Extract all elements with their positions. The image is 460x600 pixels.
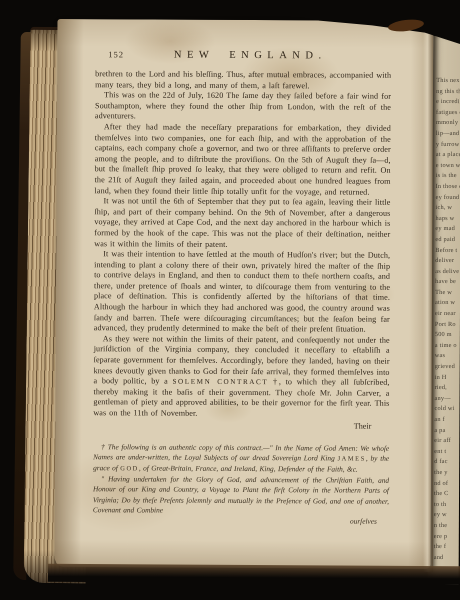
edge-text-fragment: y furrow [436, 140, 460, 151]
page-edge-curl [423, 26, 433, 572]
paragraph: It was not until the 6th of September th… [94, 196, 390, 251]
edge-text-fragment: the f [434, 542, 459, 553]
text-run: This was on the 22d of July, 1620 The ſa… [95, 90, 391, 120]
paragraph: brethren to the Lord and his bleſſing. T… [95, 69, 391, 92]
spaced-caps-text: SOLEMN CONTRACT [172, 378, 268, 387]
next-page-edge-text: This nexng this the incredibfatigues omm… [434, 76, 460, 563]
edge-text-fragment: fatigues o [436, 108, 460, 119]
edge-text-fragment: Before t [435, 245, 460, 256]
edge-text-fragment: ation w [435, 298, 460, 309]
edge-text-fragment: n the [434, 521, 459, 532]
edge-text-fragment: deliver [435, 256, 460, 267]
footnote: † The following is an authentic copy of … [93, 442, 389, 527]
edge-text-fragment: nd of [434, 479, 459, 490]
edge-text-fragment: was [435, 351, 460, 362]
catchword: Their [93, 420, 389, 431]
edge-text-fragment: d fac [434, 457, 459, 468]
edge-text-fragment: cold wi [434, 404, 459, 415]
edge-text-fragment: This nex [436, 76, 460, 87]
edge-text-fragment: to th [434, 500, 459, 511]
paragraph: " Having undertaken for the Glory of God… [93, 474, 389, 516]
page-number: 152 [95, 49, 153, 59]
edge-text-fragment: ich, w [436, 203, 460, 214]
edge-text-fragment: in H [435, 373, 460, 384]
edge-text-fragment: ent t [434, 447, 459, 458]
edge-text-fragment: ed paid [435, 235, 460, 246]
body-text: brethren to the Lord and his bleſſing. T… [93, 69, 391, 420]
text-run: After they had made the neceſſary prepar… [95, 122, 391, 196]
text-run: , of Great-Britain, France, and Ireland,… [139, 463, 358, 473]
running-header: NEW ENGLAND. [153, 50, 347, 62]
footnote-catchword: ourſelves [93, 515, 389, 527]
text-run: brethren to the Lord and his bleſſing. T… [95, 69, 391, 90]
running-header-row: 152 NEW ENGLAND. [95, 49, 391, 62]
edge-text-fragment: e town wh [436, 161, 460, 172]
text-run: " Having undertaken for the Glory of God… [93, 474, 389, 514]
edge-text-fragment: eir aff [434, 436, 459, 447]
paragraph: This was on the 22d of July, 1620 The ſa… [95, 90, 391, 123]
edge-text-fragment: ey found [436, 192, 460, 203]
edge-text-fragment: ere p [434, 531, 459, 542]
paragraph: As they were not within the limits of th… [93, 334, 389, 420]
edge-text-fragment: is is the [436, 171, 460, 182]
book-photo: This nexng this the incredibfatigues omm… [0, 0, 460, 600]
page-bottom-shadow [48, 564, 460, 585]
edge-text-fragment: a pa [434, 426, 459, 437]
edge-text-fragment: and [434, 553, 459, 564]
spaced-caps-text: GOD [120, 465, 139, 472]
paragraph: † The following is an authentic copy of … [93, 442, 389, 476]
edge-text-fragment: haps w [435, 214, 460, 225]
main-page: 152 NEW ENGLAND. brethren to the Lord an… [55, 19, 434, 569]
footnote-text: † The following is an authentic copy of … [93, 442, 389, 517]
edge-text-fragment: a time o [435, 341, 460, 352]
paragraph: It was their intention to have ſettled a… [94, 249, 390, 335]
edge-text-fragment: the C [434, 489, 459, 500]
edge-text-fragment: In those c [436, 182, 460, 193]
edge-text-fragment: ey mad [435, 224, 460, 235]
edge-text-fragment: grieved [435, 362, 460, 373]
edge-text-fragment: any— [435, 394, 460, 405]
edge-text-fragment: ey w [434, 510, 459, 521]
edge-text-fragment: 500 m [435, 330, 460, 341]
edge-text-fragment: The w [435, 288, 460, 299]
edge-text-fragment: have be [435, 277, 460, 288]
edge-text-fragment: as delive [435, 267, 460, 278]
edge-text-fragment: eir near [435, 309, 460, 320]
edge-text-fragment: Port Ro [435, 320, 460, 331]
page-content: 152 NEW ENGLAND. brethren to the Lord an… [55, 19, 434, 569]
edge-text-fragment: lip—and [436, 129, 460, 140]
edge-text-fragment: ng this th [436, 87, 460, 98]
text-run: It was not until the 6th of September th… [94, 196, 390, 248]
edge-text-fragment: ried, [435, 383, 460, 394]
text-run: It was their intention to have ſettled a… [94, 249, 390, 334]
edge-text-fragment: e incredib [436, 97, 460, 108]
edge-text-fragment: an f [434, 415, 459, 426]
spaced-caps-text: JAMES [338, 455, 366, 462]
paragraph: After they had made the neceſſary prepar… [95, 122, 391, 198]
edge-text-fragment: the y [434, 468, 459, 479]
edge-text-fragment: at a place [436, 150, 460, 161]
edge-text-fragment: mmonly [436, 118, 460, 129]
